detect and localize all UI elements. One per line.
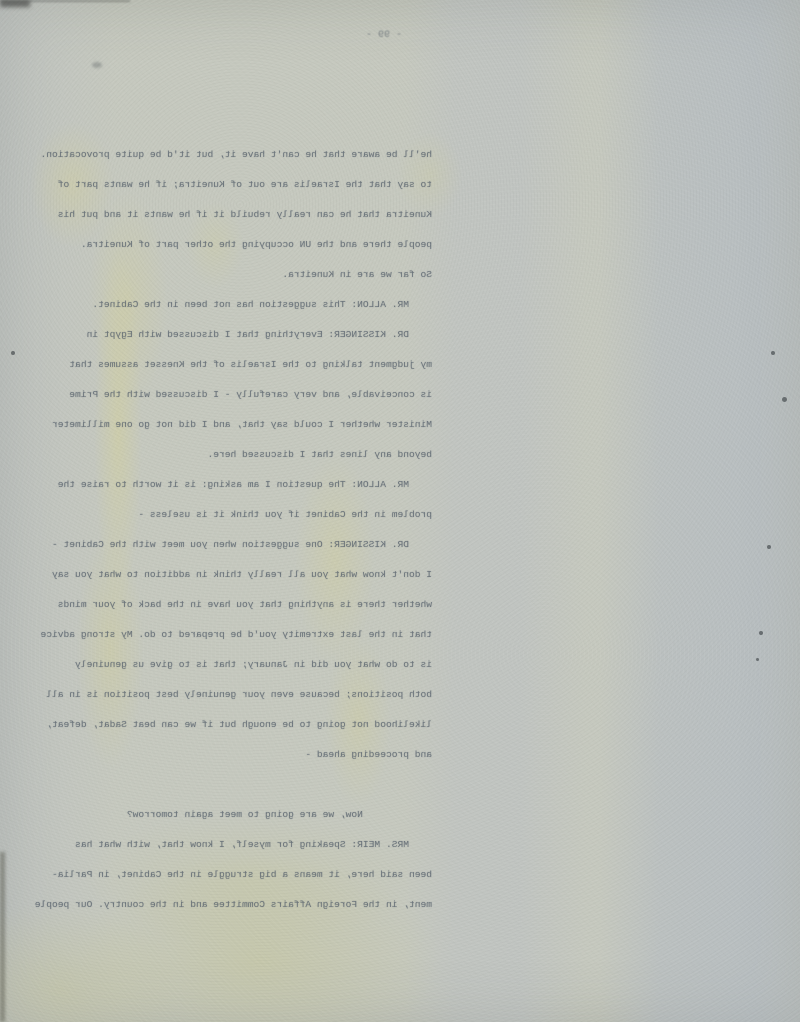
ink-speck: [759, 631, 763, 635]
text-line: MR. ALLON: This suggestion has not been …: [32, 290, 432, 320]
text-line: I don't know what you all really think i…: [32, 560, 432, 590]
ink-speck: [771, 351, 775, 355]
text-line: [32, 770, 432, 800]
text-line: DR. KISSINGER: Everything that I discuss…: [32, 320, 432, 350]
mirrored-typewritten-text-block: he'll be aware that he can't have it, bu…: [32, 140, 432, 920]
ink-speck: [767, 545, 771, 549]
page-number: - 99 -: [338, 30, 430, 41]
text-line: my judgment talking to the Israelis of t…: [32, 350, 432, 380]
ink-speck: [11, 351, 15, 355]
ink-speck: [782, 397, 787, 402]
scanned-document-page: - 99 - he'll be aware that he can't have…: [0, 0, 800, 1022]
ink-speck: [756, 658, 759, 661]
text-line: So far we are in Kuneitra.: [32, 260, 432, 290]
text-line: both positions; because even your genuin…: [32, 680, 432, 710]
text-line: likelihood not going to be enough but if…: [32, 710, 432, 740]
text-line: that in the last extremity you'd be prep…: [32, 620, 432, 650]
text-line: DR. KISSINGER: One suggestion when you m…: [32, 530, 432, 560]
text-line: Kuneitra that he can really rebuild it i…: [32, 200, 432, 230]
text-line: he'll be aware that he can't have it, bu…: [32, 140, 432, 170]
text-line: and proceeding ahead -: [32, 740, 432, 770]
text-line: people there and the UN occupying the ot…: [32, 230, 432, 260]
text-line: whether there is anything that you have …: [32, 590, 432, 620]
text-line: Now, we are going to meet again tomorrow…: [32, 800, 432, 830]
dirt-mark: [92, 62, 102, 68]
text-line: is conceivable, and very carefully - I d…: [32, 380, 432, 410]
scan-edge-bottom-left: [0, 852, 5, 1022]
text-line: MR. ALLON: The question I am asking: is …: [32, 470, 432, 500]
text-line: MRS. MEIR: Speaking for myself, I know t…: [32, 830, 432, 860]
text-line: is to do what you did in January; that i…: [32, 650, 432, 680]
text-line: beyond any lines that I discussed here.: [32, 440, 432, 470]
scan-edge-top: [0, 0, 130, 2]
text-line: been said here, it means a big struggle …: [32, 860, 432, 890]
text-line: to say that the Israelis are out of Kune…: [32, 170, 432, 200]
text-line: Minister whether I could say that, and I…: [32, 410, 432, 440]
text-line: problem in the Cabinet if you think it i…: [32, 500, 432, 530]
text-line: ment, in the Foreign Affairs Committee a…: [32, 890, 432, 920]
